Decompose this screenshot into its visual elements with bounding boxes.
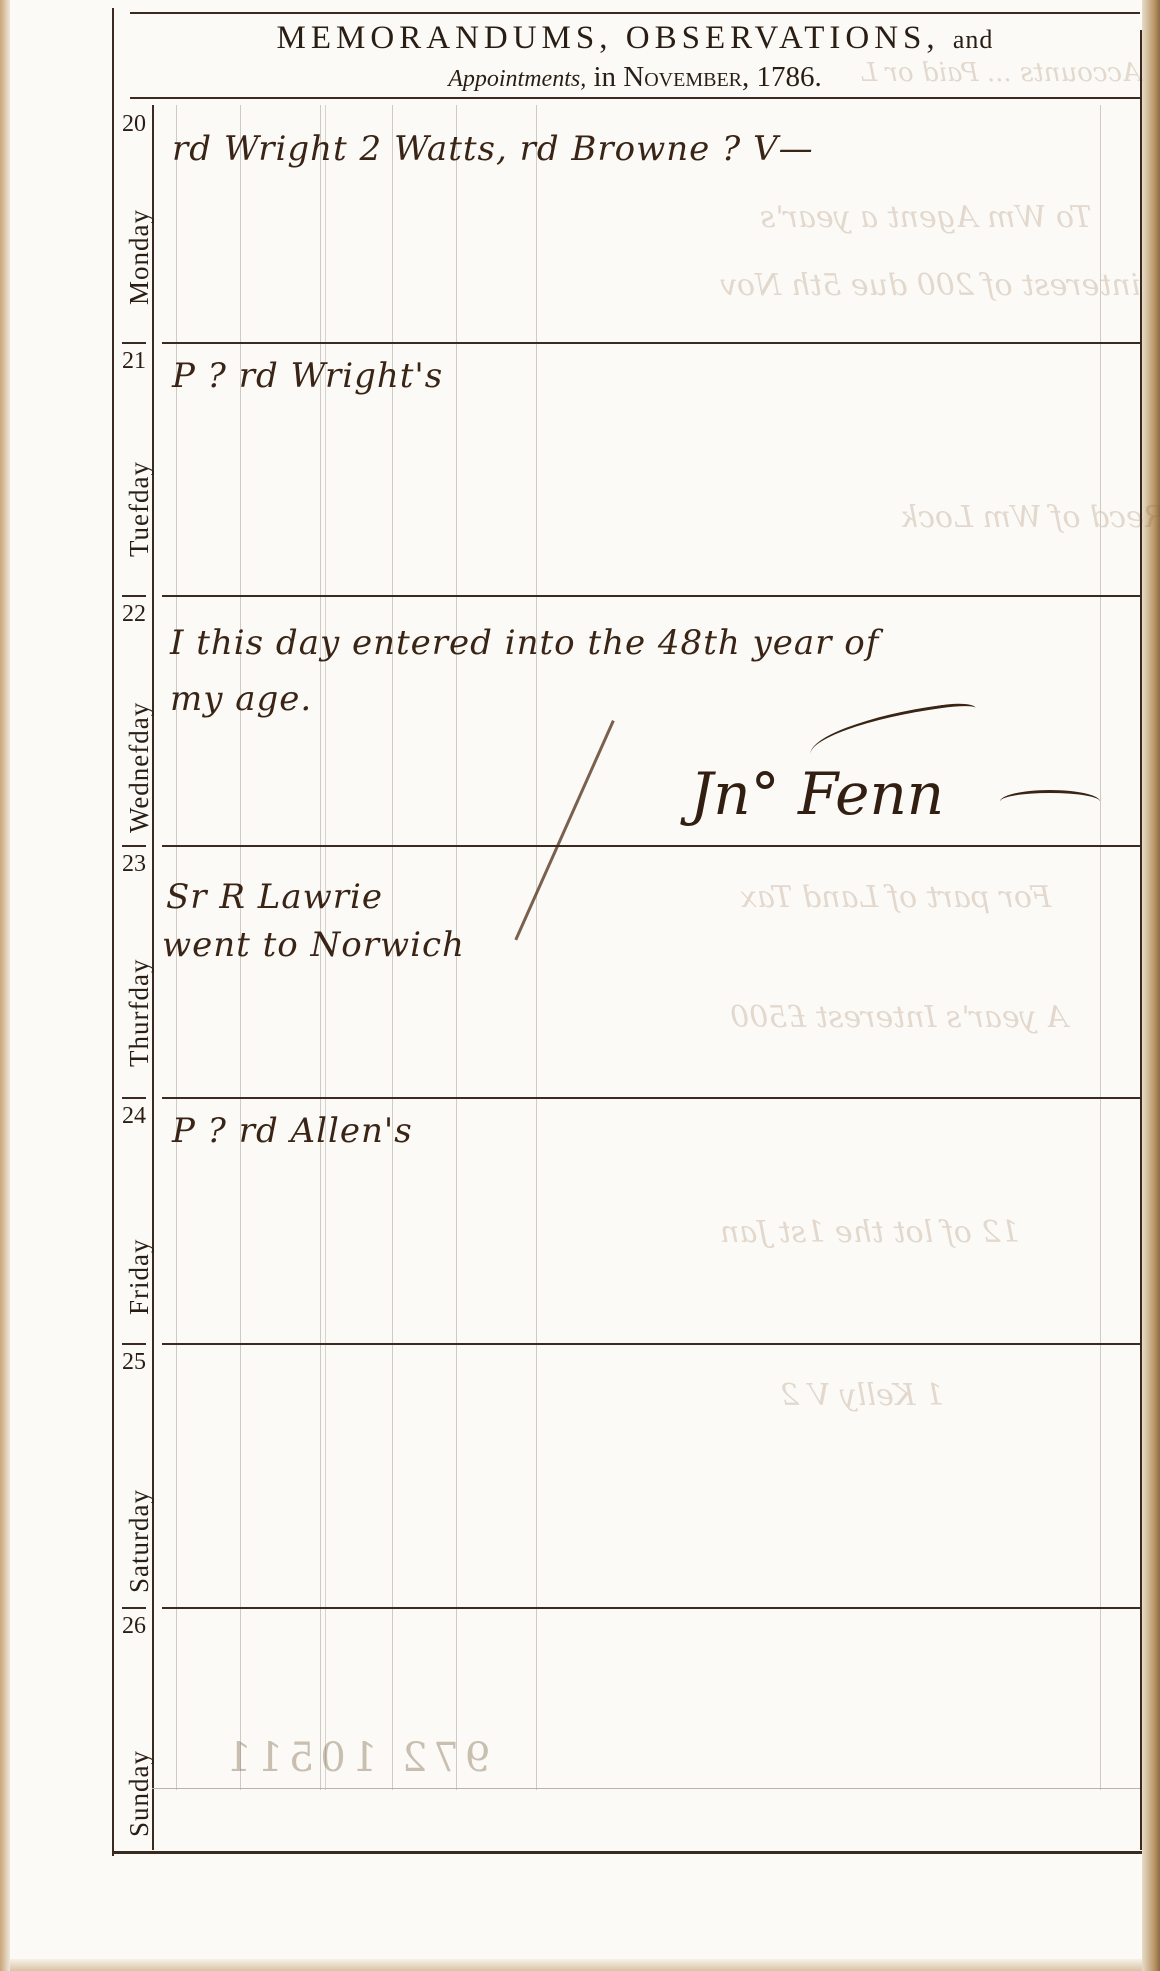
day-name: Tuefday: [124, 461, 155, 557]
header-title: MEMORANDUMS, OBSERVATIONS, and: [130, 18, 1140, 60]
day-section-21: 21 Tuefday P ? rd Wright's: [114, 342, 1140, 597]
handwritten-entry: I this day entered into the 48th year of: [170, 623, 879, 663]
handwritten-entry: P ? rd Allen's: [172, 1111, 413, 1151]
day-separator-tick: [122, 1607, 146, 1609]
day-section-24: 24 Friday P ? rd Allen's: [114, 1097, 1140, 1342]
day-name: Saturday: [124, 1489, 155, 1593]
handwritten-entry: went to Norwich: [162, 925, 465, 965]
header-in: in: [593, 61, 616, 93]
header-appointments: Appointments,: [448, 66, 586, 92]
frame-right-rule: [1140, 30, 1142, 1850]
day-number: 26: [122, 1613, 146, 1639]
day-section-23: 23 Thurfday Sr R Lawrie went to Norwich: [114, 845, 1140, 1100]
day-section-26: 26 Sunday: [114, 1607, 1140, 1851]
header-subtitle: Appointments, in November, 1786.: [130, 60, 1140, 96]
day-name: Thurfday: [124, 959, 155, 1067]
header-month: November,: [623, 61, 749, 93]
day-section-22: 22 Wednefday I this day entered into the…: [114, 595, 1140, 845]
day-name: Sunday: [124, 1750, 155, 1837]
day-separator-rule: [162, 595, 1140, 597]
day-number: 20: [122, 111, 146, 137]
day-separator-tick: [122, 595, 146, 597]
bottom-rule: [112, 1851, 1142, 1854]
day-name: Monday: [124, 209, 155, 305]
day-name: Friday: [124, 1239, 155, 1316]
page-header: MEMORANDUMS, OBSERVATIONS, and Appointme…: [130, 14, 1140, 96]
day-separator-tick: [122, 1097, 146, 1099]
signature: Jn° Fenn: [690, 760, 944, 828]
header-bottom-rule: [130, 97, 1140, 99]
bleed-through-figures: 972 10511: [220, 1735, 490, 1781]
day-separator-rule: [162, 1097, 1140, 1099]
day-separator-tick: [122, 845, 146, 847]
handwritten-entry: rd Wright 2 Watts, rd Browne ? V—: [172, 129, 814, 169]
handwritten-entry: Sr R Lawrie: [166, 877, 383, 917]
day-separator-rule: [162, 845, 1140, 847]
header-year: 1786.: [757, 61, 822, 93]
page-edge-bottom: [10, 1959, 1142, 1971]
day-separator-tick: [122, 1343, 146, 1345]
signature-tail: [1000, 790, 1100, 813]
day-number: 24: [122, 1103, 146, 1129]
day-section-20: 20 Monday rd Wright 2 Watts, rd Browne ?…: [114, 105, 1140, 350]
day-number: 21: [122, 348, 146, 374]
page-edge-left: [0, 0, 10, 1971]
day-separator-rule: [162, 1343, 1140, 1345]
day-number: 25: [122, 1349, 146, 1375]
page-edge-right: [1142, 0, 1160, 1971]
handwritten-entry: P ? rd Wright's: [172, 356, 443, 396]
header-title-and: and: [953, 25, 994, 54]
day-separator-tick: [122, 342, 146, 344]
day-name: Wednefday: [124, 702, 155, 833]
header-title-main: MEMORANDUMS, OBSERVATIONS,: [277, 20, 940, 56]
day-number: 22: [122, 601, 146, 627]
day-section-25: 25 Saturday: [114, 1343, 1140, 1601]
day-number: 23: [122, 851, 146, 877]
day-separator-rule: [162, 1607, 1140, 1609]
handwritten-entry: my age.: [170, 679, 312, 719]
day-separator-rule: [162, 342, 1140, 344]
